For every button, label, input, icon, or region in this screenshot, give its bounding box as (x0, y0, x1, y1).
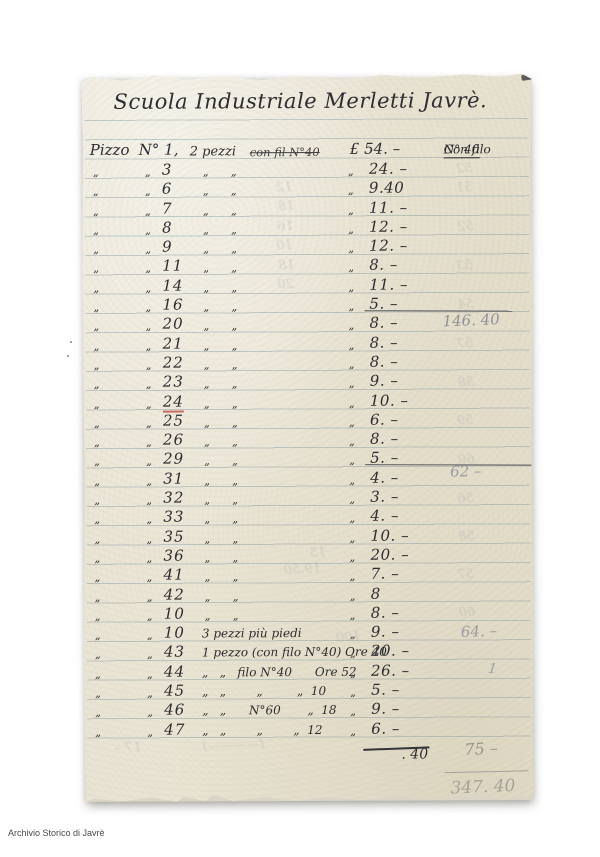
ditto-mark: „ (95, 723, 101, 741)
bleed-through-text: 59 (457, 413, 474, 429)
archive-photo: Scuola Industriale Merletti Javrè. Pizzo… (0, 0, 600, 857)
pencil-sum-line (444, 770, 528, 773)
bleed-through-text: 51 (456, 180, 473, 196)
pizzo-number: 6 (162, 180, 200, 198)
ledger-row: „„46„ „ N°60 „ 18„9. – (84, 699, 534, 719)
amount-lire: 24. – (369, 159, 408, 177)
ledger-row: „„431 pezzo (con filo N°40) Ore 40„20. – (84, 641, 534, 661)
ditto-mark: „ (94, 376, 100, 394)
ledger-row: „„26„„„8. – (83, 429, 533, 449)
ledger-row: „„9„„„12. – (82, 236, 532, 256)
pizzo-number: 47 (164, 720, 202, 738)
ledger-rows: „„3„„„24. –„„6„„„9.40„„7„„„11. –„„8„„„12… (81, 73, 531, 75)
row-description: „ „ „ „ 10 (202, 682, 384, 701)
row-description: 1 pezzo (con filo N°40) Ore 40 (202, 643, 384, 662)
pizzo-number: 24 (163, 392, 184, 412)
amount-lire: 11. – (369, 198, 408, 216)
header-right-note-text: Con filo (444, 140, 491, 159)
pizzo-number: 16 (162, 295, 200, 313)
amount-lire: 8. – (370, 333, 399, 351)
bleed-through-text: 10 (276, 238, 293, 254)
amount-lire: 8 (371, 584, 381, 602)
amount-lire: 4. – (370, 468, 399, 486)
pizzo-number: 21 (163, 334, 201, 352)
amount-lire: 8. – (369, 314, 398, 332)
pizzo-number: 35 (163, 527, 201, 545)
bleed-through-text: 100 (336, 629, 361, 645)
bleed-through-text: 19.50 (283, 561, 321, 577)
ditto-mark: „ (348, 278, 354, 296)
pizzo-number: 20 (162, 315, 200, 333)
amount-lire: 20. – (370, 545, 409, 563)
ledger-row: „„45„ „ „ „ 10„5. – (84, 680, 534, 700)
pizzo-number: 3 (162, 160, 200, 178)
pizzo-number: 23 (163, 373, 201, 391)
pizzo-number: 22 (163, 353, 201, 371)
amount-lire: 9. – (370, 372, 399, 390)
ledger-sheet: Scuola Industriale Merletti Javrè. Pizzo… (81, 73, 534, 803)
ledger-row: „„7„„„11. – (82, 198, 532, 218)
pizzo-number: 9 (162, 238, 200, 256)
pencil-annotation: 64. – (461, 622, 498, 641)
amount-lire: 9. – (371, 700, 400, 718)
ledger-row: „„44„ „ filo N°40 Ore 52„26. – (84, 661, 534, 681)
ditto-mark: „ (205, 569, 211, 587)
ledger-row: „„33„„„4. – (83, 506, 533, 526)
pizzo-number: 10 (164, 624, 202, 642)
amount-lire: 26. – (371, 661, 410, 679)
ditto-mark: „ (93, 183, 99, 201)
ledger-row: „„24„„„10. – (83, 391, 533, 411)
ditto-mark: „ (147, 723, 153, 741)
header-right-note: Con filo N° 40 (444, 140, 480, 159)
ditto-mark: „ (348, 182, 354, 200)
amount-lire: 6. – (371, 719, 400, 737)
pizzo-number: 46 (164, 701, 202, 719)
bleed-through-text: 58 (457, 375, 474, 391)
bleed-through-layer: 1218161018205251525354575859605658576015… (81, 73, 531, 75)
ink-smudge (521, 73, 535, 81)
pizzo-number: 32 (163, 488, 201, 506)
ledger-row: „„14„„„11. – (82, 275, 532, 295)
bleed-through-text: 52 (456, 161, 473, 177)
dust-speck (67, 355, 69, 357)
pizzo-number: 42 (164, 585, 202, 603)
bleed-through-text: (————) (202, 737, 265, 754)
pizzo-number: 29 (163, 450, 201, 468)
amount-lire: 8. – (369, 256, 398, 274)
pizzo-number: 7 (162, 199, 200, 217)
bleed-through-text: 52 (457, 219, 474, 235)
pizzo-number: 43 (164, 643, 202, 661)
bleed-through-text: 16 (277, 219, 294, 235)
bleed-through-text: 60 (458, 605, 475, 621)
pizzo-number: 45 (164, 681, 202, 699)
bleed-through-text: 57 (456, 336, 473, 352)
amount-lire: 3. – (370, 488, 399, 506)
bleed-through-text: 15 (309, 546, 326, 562)
bleed-through-text: 20 (277, 277, 294, 293)
pizzo-number: 26 (163, 431, 201, 449)
pizzo-number: 8 (162, 218, 200, 236)
pencil-annotation: 146. 40 (442, 310, 500, 330)
pencil-annotation-layer: 146. 4062 –64. –175 –347. 40 (81, 73, 531, 75)
amount-lire: 10. – (370, 391, 409, 409)
amount-lire: 12. – (369, 237, 408, 255)
pizzo-number: 11 (162, 257, 200, 275)
pizzo-number: 44 (164, 662, 202, 680)
bleed-through-text: 53 (456, 258, 473, 274)
pencil-annotation: 62 – (450, 462, 482, 481)
header-amount: £ 54. – (350, 140, 401, 159)
pizzo-number: 14 (162, 276, 200, 294)
pizzo-number: 41 (164, 566, 202, 584)
ditto-mark: „ (95, 569, 101, 587)
amount-lire: 11. – (369, 275, 408, 293)
amount-lire: 12. – (369, 217, 408, 235)
ditto-mark: „ (350, 722, 356, 740)
archive-watermark: Archivio Storico di Javrè (8, 828, 105, 838)
pencil-annotation: 75 – (464, 738, 498, 759)
bleed-through-text: 56 (457, 491, 474, 507)
amount-lire: 7. – (371, 565, 400, 583)
amount-lire: 4. – (370, 507, 399, 525)
pizzo-number: 10 (164, 604, 202, 622)
ditto-mark: „ (93, 280, 99, 298)
bleed-through-text: 58 (458, 529, 475, 545)
row-description: „ „ „ „ 12 (202, 720, 384, 739)
pizzo-number: 36 (163, 546, 201, 564)
bleed-through-text: 18 (278, 258, 295, 274)
dust-speck (70, 341, 72, 343)
pizzo-number: 31 (163, 469, 201, 487)
page-title: Scuola Industriale Merletti Javrè. (113, 88, 523, 114)
amount-lire: 8. – (370, 430, 399, 448)
ledger-row: „„47„ „ „ „ 12„6. – (84, 719, 534, 739)
amount-lire: 8. – (371, 603, 400, 621)
row-description: „ „ filo N°40 Ore 52 (202, 662, 384, 681)
ledger-row: „„22„„„8. – (83, 352, 533, 372)
amount-lire: 8. – (370, 352, 399, 370)
row-description: „ „ N°60 „ 18 (202, 701, 384, 720)
amount-lire: 20. – (371, 642, 410, 660)
header-item-label: Pizzo (90, 141, 130, 160)
ditto-mark: „ (204, 472, 210, 490)
amount-lire: 9.40 (369, 179, 404, 197)
bleed-through-text: 18 (278, 199, 295, 215)
header-number: N° 1, (139, 141, 179, 160)
amount-lire: 5. – (371, 681, 400, 699)
bleed-through-text: 57 (457, 567, 474, 583)
pencil-annotation: 347. 40 (450, 776, 516, 799)
bleed-through-text: 17 – (114, 740, 142, 756)
pizzo-number: 25 (163, 411, 201, 429)
bleed-through-text: 12 (276, 180, 293, 196)
ledger-row: „„42„„„8 (84, 584, 534, 604)
amount-lire: 6. – (370, 410, 399, 428)
amount-lire: 10. – (370, 526, 409, 544)
ledger-header-row: Pizzo N° 1, 2 pezzi con fil N°40 £ 54. –… (82, 139, 532, 160)
pizzo-number: 33 (163, 508, 201, 526)
ditto-mark: „ (94, 473, 100, 491)
amount-lire: 9. – (371, 623, 400, 641)
total-ink-decimal: . 40 (401, 746, 428, 762)
header-pieces: 2 pezzi (190, 142, 236, 161)
